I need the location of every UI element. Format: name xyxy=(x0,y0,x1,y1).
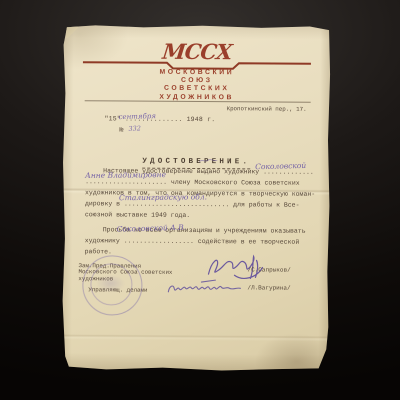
ink-mark xyxy=(198,157,218,165)
handwritten-destination: Сталинградскую обл. xyxy=(119,192,207,202)
handwritten-number: 332 xyxy=(128,124,141,133)
p2-line2: художнику .................. содействие … xyxy=(85,235,319,248)
organization-name: МОСКОВСКИЙ СОЮЗ СОВЕТСКИХ ХУДОЖНИКОВ xyxy=(63,68,331,103)
round-stamp xyxy=(82,255,142,315)
typed-name-1: /С.Сапрыков/ xyxy=(247,266,290,273)
round-stamp-smudge xyxy=(95,274,125,292)
address-line: Кропоткинский пер., 17. xyxy=(227,105,307,113)
date-year: 1948 г. xyxy=(187,116,216,123)
divider-line xyxy=(85,100,311,103)
handwritten-surname: Соколовской xyxy=(255,161,306,171)
typed-name-2: /Л.Вагурина/ xyxy=(247,284,290,291)
handwritten-given-name: Анне Владимировне xyxy=(85,170,166,180)
number-line: № xyxy=(119,126,123,133)
handwritten-surname-2: Соколовской А.В. xyxy=(117,223,187,234)
corner-fold xyxy=(66,26,78,38)
p1-line5: союзной выставке 1949 года. xyxy=(85,209,319,222)
photo-background: МССХ МОСКОВСКИЙ СОЮЗ СОВЕТСКИХ ХУДОЖНИКО… xyxy=(0,0,400,400)
signature-2 xyxy=(165,278,243,299)
handwritten-month: сентября xyxy=(118,112,156,121)
document-paper: МССХ МОСКОВСКИЙ СОЮЗ СОВЕТСКИХ ХУДОЖНИКО… xyxy=(61,24,331,372)
